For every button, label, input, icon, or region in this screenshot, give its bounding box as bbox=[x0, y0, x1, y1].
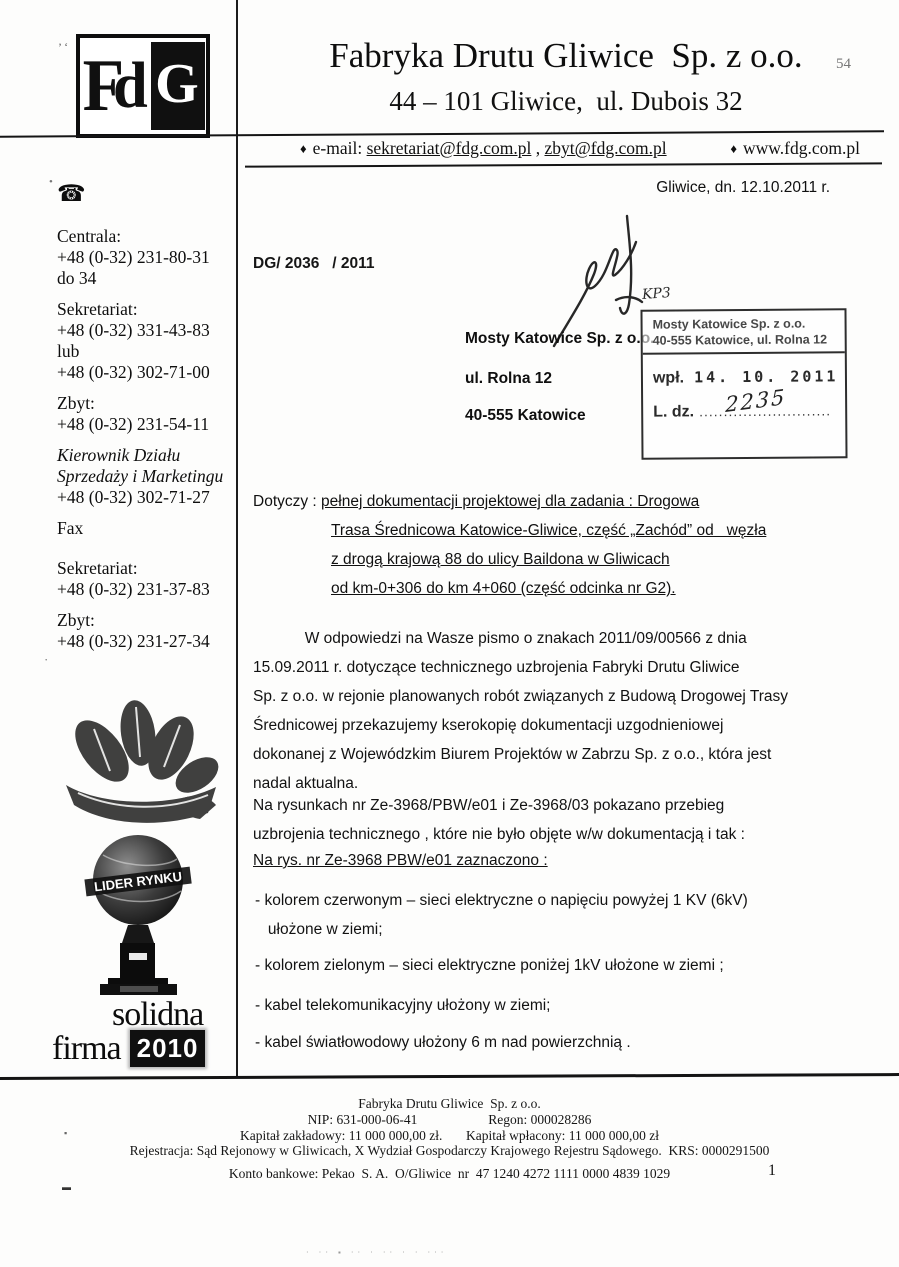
scan-artifact-stray: 54 bbox=[836, 56, 851, 73]
scan-artifact-dot: · bbox=[44, 652, 48, 668]
phone-block-centrala: Centrala: +48 (0-32) 231-80-31 do 34 bbox=[57, 226, 229, 289]
phone-number: +48 (0-32) 231-27-34 bbox=[57, 631, 229, 652]
phone-block-label: Centrala: bbox=[57, 226, 229, 247]
contact-row: ♦e-mail: sekretariat@fdg.com.pl , zbyt@f… bbox=[250, 138, 866, 159]
subject-line: Trasa Średnicowa Katowice-Gliwice, część… bbox=[331, 516, 873, 545]
phone-number: +48 (0-32) 231-54-11 bbox=[57, 414, 229, 435]
logo-letter-g: G bbox=[151, 42, 205, 130]
stamp-received-label: wpł. bbox=[653, 369, 684, 387]
phone-block-fax: Fax bbox=[57, 518, 229, 539]
phone-number: +48 (0-32) 231-80-31 bbox=[57, 247, 229, 268]
phone-block-label: Fax bbox=[57, 518, 229, 539]
recipient-city: 40-555 Katowice bbox=[465, 407, 586, 425]
footer-line: NIP: 631-000-06-41 Regon: 000028286 bbox=[0, 1112, 899, 1128]
recipient-name: Mosty Katowice Sp. z o.o. bbox=[465, 330, 654, 348]
body-paragraph: Na rysunkach nr Ze-3968/PBW/e01 i Ze-396… bbox=[253, 791, 883, 849]
contact-sidebar: Centrala: +48 (0-32) 231-80-31 do 34 Sek… bbox=[57, 226, 229, 662]
list-item: - kolorem zielonym – sieci elektryczne p… bbox=[255, 951, 885, 980]
stamp-company-lines: Mosty Katowice Sp. z o.o.40-555 Katowice… bbox=[642, 310, 844, 354]
header-rule-bottom bbox=[245, 162, 882, 167]
sidebar-divider-line bbox=[236, 0, 238, 1076]
website-text: www.fdg.com.pl bbox=[743, 138, 860, 158]
list-heading: Na rys. nr Ze-3968 PBW/e01 zaznaczono : bbox=[253, 852, 548, 870]
scan-artifact-specks: · ·· ▪ ·· · ·· · · ··· bbox=[306, 1248, 447, 1257]
email-sekretariat: sekretariat@fdg.com.pl bbox=[367, 138, 532, 158]
footer-line: Rejestracja: Sąd Rejonowy w Gliwicach, X… bbox=[0, 1143, 899, 1159]
phone-block-label: Sekretariat: bbox=[57, 299, 229, 320]
phone-block-sekretariat-2: Sekretariat: +48 (0-32) 231-37-83 bbox=[57, 558, 229, 600]
scan-artifact-mark: ▪ bbox=[64, 1128, 67, 1138]
footer-bank-account: Konto bankowe: Pekao S. A. O/Gliwice nr … bbox=[0, 1166, 899, 1182]
scan-artifact-dot: • bbox=[49, 176, 53, 188]
phone-block-label: Kierownik Działu Sprzedaży i Marketingu bbox=[57, 445, 229, 487]
stamp-received-date: 14. 10. 2011 bbox=[694, 367, 838, 386]
email-label: e-mail: bbox=[313, 138, 367, 158]
list-item: - kolorem czerwonym – sieci elektryczne … bbox=[255, 886, 885, 944]
phone-block-label: Sekretariat: bbox=[57, 558, 229, 579]
footer-line: Kapitał zakładowy: 11 000 000,00 zł. Kap… bbox=[0, 1128, 899, 1144]
phone-number: lub bbox=[57, 341, 229, 362]
diamond-icon: ♦ bbox=[300, 141, 307, 156]
subject-line: pełnej dokumentacji projektowej dla zada… bbox=[321, 493, 699, 510]
letter-date: Gliwice, dn. 12.10.2011 r. bbox=[250, 179, 830, 197]
award-year-badge: 2010 bbox=[130, 1030, 206, 1067]
footer-company-info: Fabryka Drutu Gliwice Sp. z o.o. NIP: 63… bbox=[0, 1096, 899, 1159]
subject-block: Dotyczy : pełnej dokumentacji projektowe… bbox=[253, 487, 873, 603]
email-separator: , bbox=[531, 138, 544, 158]
logo-letter-d: d bbox=[113, 53, 148, 119]
email-group: ♦e-mail: sekretariat@fdg.com.pl , zbyt@f… bbox=[300, 138, 667, 159]
company-logo: F d G bbox=[76, 34, 210, 138]
stamp-ref-row: L. dz. .............................. 22… bbox=[643, 386, 845, 421]
footer-rule bbox=[0, 1073, 899, 1079]
recipient-street: ul. Rolna 12 bbox=[465, 370, 552, 388]
body-paragraph: W odpowiedzi na Wasze pismo o znakach 20… bbox=[253, 624, 883, 798]
phone-number: +48 (0-32) 302-71-27 bbox=[57, 487, 229, 508]
subject-line: z drogą krajową 88 do ulicy Baildona w G… bbox=[331, 545, 873, 574]
phone-block-zbyt-2: Zbyt: +48 (0-32) 231-27-34 bbox=[57, 610, 229, 652]
phone-block-sekretariat: Sekretariat: +48 (0-32) 331-43-83 lub +4… bbox=[57, 299, 229, 383]
letter-reference-number: DG/ 2036 / 2011 bbox=[253, 255, 375, 273]
stamp-received-row: wpł. 14. 10. 2011 bbox=[643, 353, 845, 387]
list-item: - kabel telekomunikacyjny ułożony w ziem… bbox=[255, 991, 885, 1020]
subject-line: od km-0+306 do km 4+060 (część odcinka n… bbox=[331, 574, 873, 603]
subject-label: Dotyczy : bbox=[253, 493, 321, 510]
phone-block-label: Zbyt: bbox=[57, 393, 229, 414]
phone-block-kierownik: Kierownik Działu Sprzedaży i Marketingu … bbox=[57, 445, 229, 508]
stamp-company-line2: 40-555 Katowice, ul. Rolna 12 bbox=[653, 332, 827, 347]
list-item: - kabel światłowodowy ułożony 6 m nad po… bbox=[255, 1028, 885, 1057]
handwritten-note: KP3 bbox=[641, 285, 671, 303]
trophy-artwork: LIDER RYNKU bbox=[73, 833, 205, 995]
plant-artwork bbox=[58, 693, 226, 835]
scan-artifact-mark: ▬ bbox=[62, 1182, 71, 1192]
solidna-firma-2010-logo: solidna firma 2010 bbox=[52, 1000, 242, 1067]
solidna-word: solidna bbox=[112, 1000, 242, 1030]
phone-icon: ☎ bbox=[57, 180, 86, 207]
email-zbyt: zbyt@fdg.com.pl bbox=[545, 138, 667, 158]
phone-block-label: Zbyt: bbox=[57, 610, 229, 631]
stamp-company-line1: Mosty Katowice Sp. z o.o. bbox=[653, 317, 806, 332]
company-address: 44 – 101 Gliwice, ul. Dubois 32 bbox=[250, 86, 882, 117]
website-group: ♦www.fdg.com.pl bbox=[730, 138, 860, 159]
company-name: Fabryka Drutu Gliwice Sp. z o.o. bbox=[250, 36, 882, 76]
footer-line: Fabryka Drutu Gliwice Sp. z o.o. bbox=[0, 1096, 899, 1112]
stamp-ref-label: L. dz. bbox=[653, 403, 694, 421]
phone-number: +48 (0-32) 302-71-00 bbox=[57, 362, 229, 383]
phone-number: +48 (0-32) 331-43-83 bbox=[57, 320, 229, 341]
phone-number: do 34 bbox=[57, 268, 229, 289]
scan-artifact-quotes: ’ ‘ bbox=[58, 40, 68, 55]
firma-word: firma bbox=[52, 1032, 121, 1066]
received-stamp: Mosty Katowice Sp. z o.o.40-555 Katowice… bbox=[640, 308, 847, 459]
page-number: 1 bbox=[768, 1162, 776, 1180]
phone-block-zbyt: Zbyt: +48 (0-32) 231-54-11 bbox=[57, 393, 229, 435]
phone-number: +48 (0-32) 231-37-83 bbox=[57, 579, 229, 600]
diamond-icon: ♦ bbox=[730, 141, 737, 156]
